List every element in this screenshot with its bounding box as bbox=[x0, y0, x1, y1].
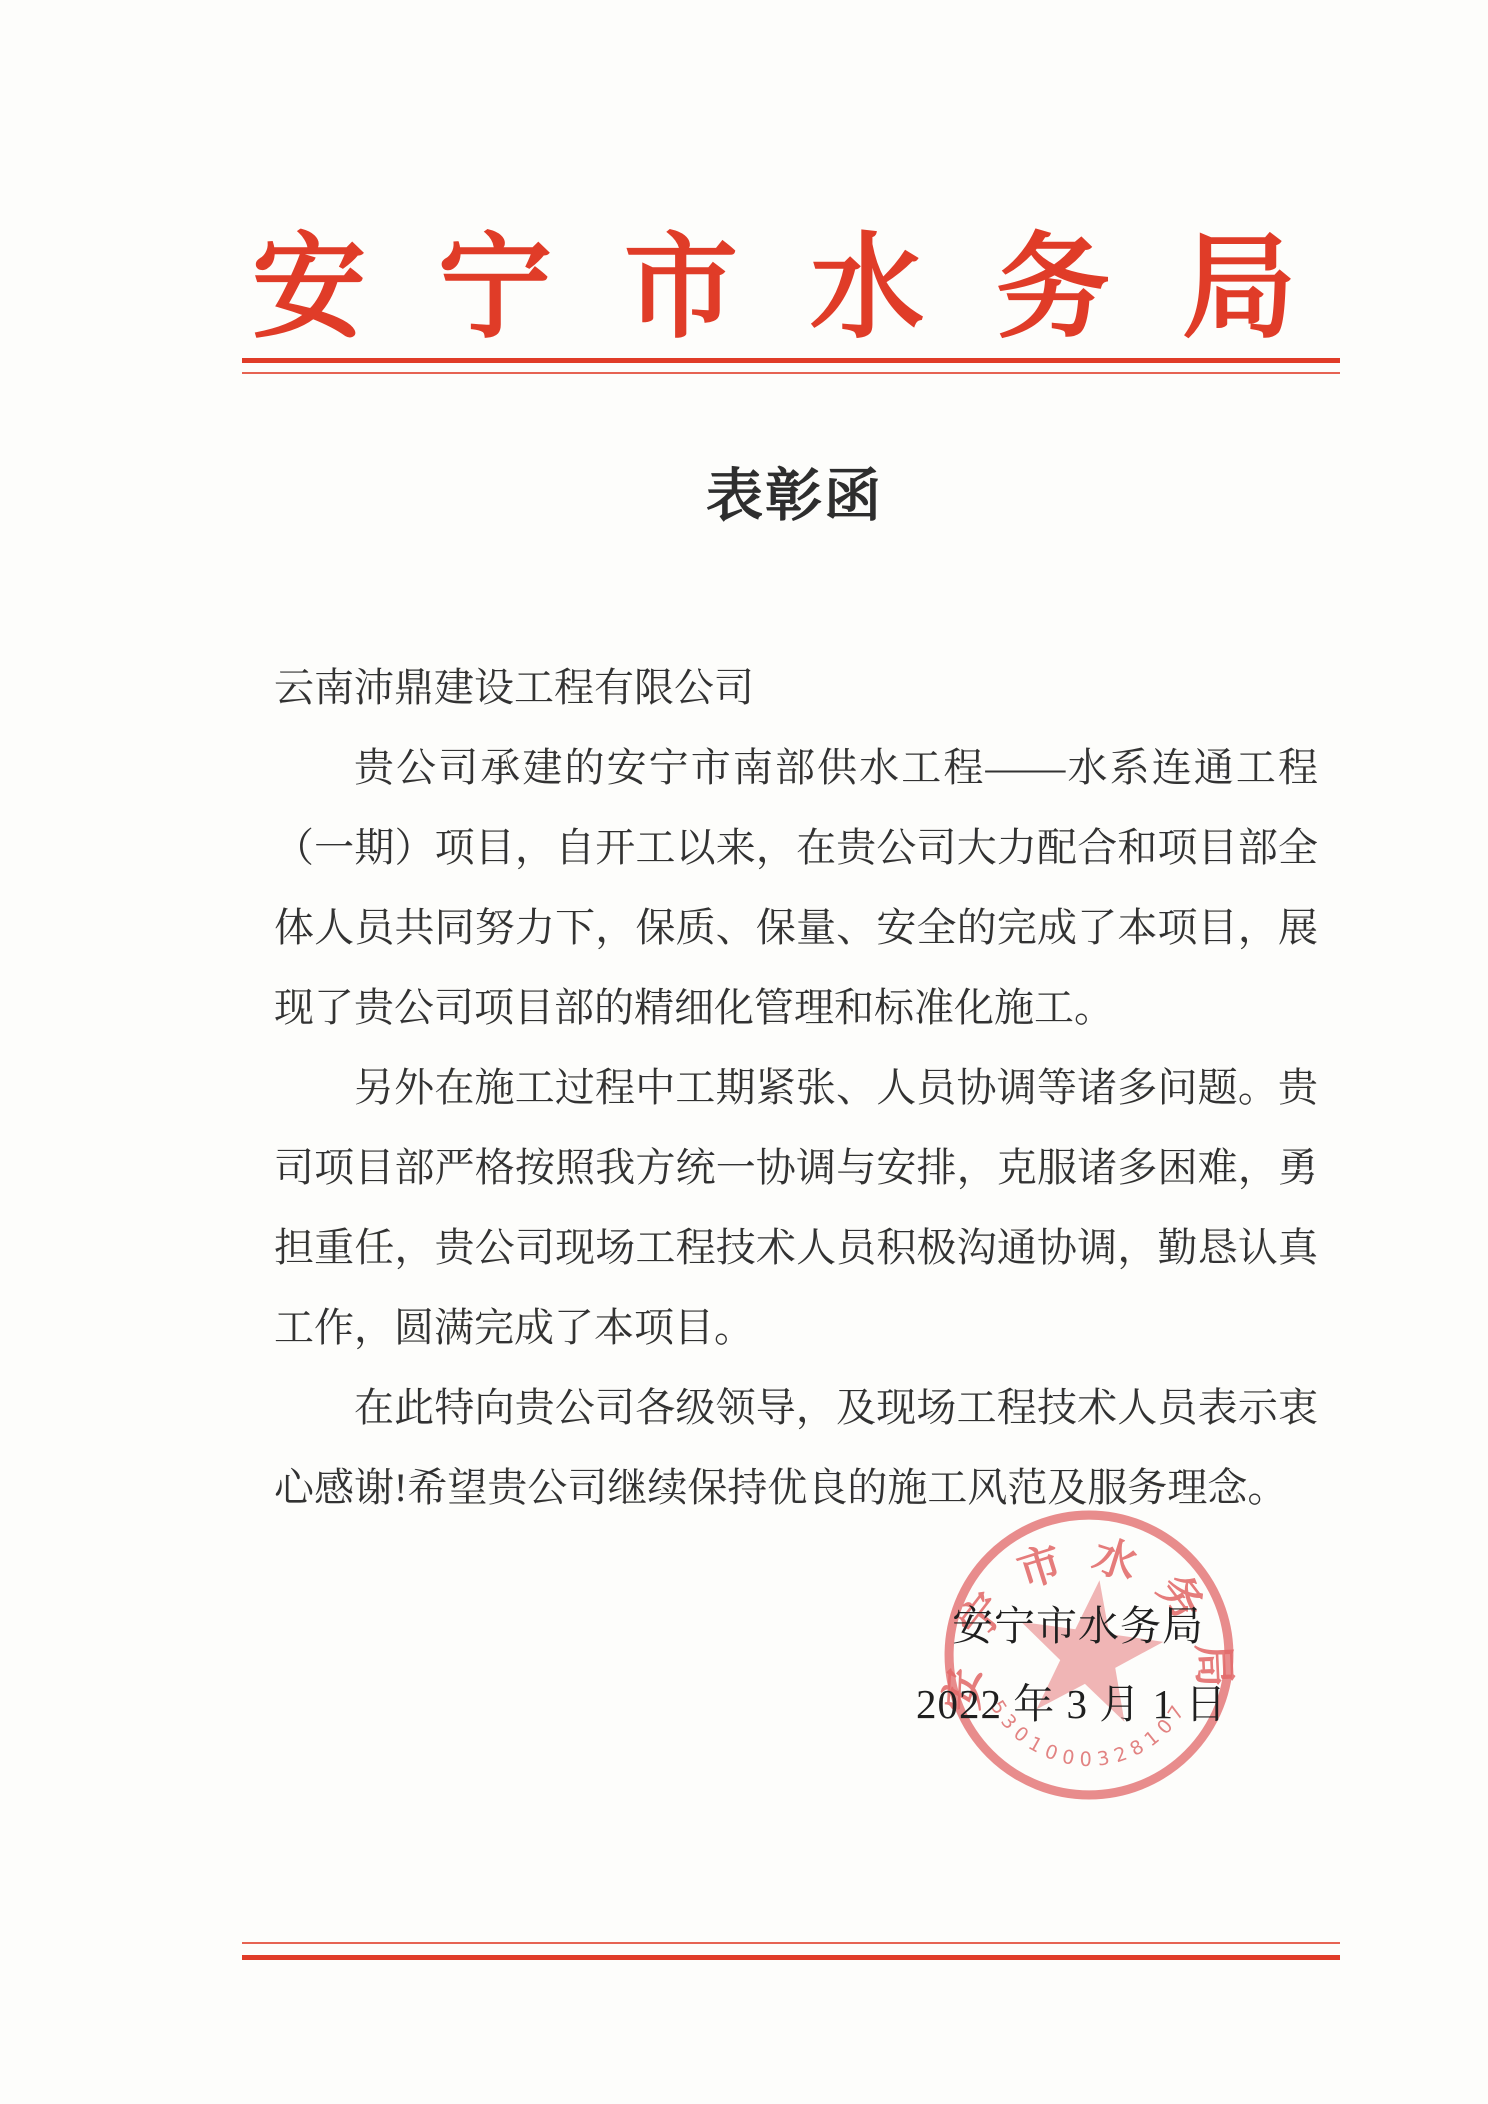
header-rule-thick-line bbox=[242, 358, 1340, 363]
footer-rule-thick-line bbox=[242, 1955, 1340, 1960]
scanned-letter-page: 安宁市水务局 表彰函 云南沛鼎建设工程有限公司 贵公司承建的安宁市南部供水工程—… bbox=[0, 0, 1488, 2104]
signature-org: 安宁市水务局 bbox=[952, 1606, 1204, 1647]
body-paragraph-1: 贵公司承建的安宁市南部供水工程——水系连通工程（一期）项目，自开工以来，在贵公司… bbox=[274, 728, 1318, 1048]
header-rule-thin-line bbox=[242, 372, 1340, 374]
footer-rule-thin-line bbox=[242, 1942, 1340, 1944]
document-title: 表彰函 bbox=[706, 460, 883, 534]
header-rule bbox=[242, 358, 1340, 374]
footer-rule bbox=[242, 1942, 1340, 1960]
body-paragraph-2: 另外在施工过程中工期紧张、人员协调等诸多问题。贵司项目部严格按照我方统一协调与安… bbox=[274, 1048, 1318, 1368]
salutation: 云南沛鼎建设工程有限公司 bbox=[274, 648, 1318, 728]
letter-body: 云南沛鼎建设工程有限公司 贵公司承建的安宁市南部供水工程——水系连通工程（一期）… bbox=[274, 648, 1318, 1528]
letterhead-title: 安宁市水务局 bbox=[252, 232, 1368, 346]
signature-date: 2022 年 3 月 1 日 bbox=[916, 1684, 1227, 1725]
official-seal: 安宁市水务局 5301000328107 bbox=[938, 1504, 1240, 1806]
